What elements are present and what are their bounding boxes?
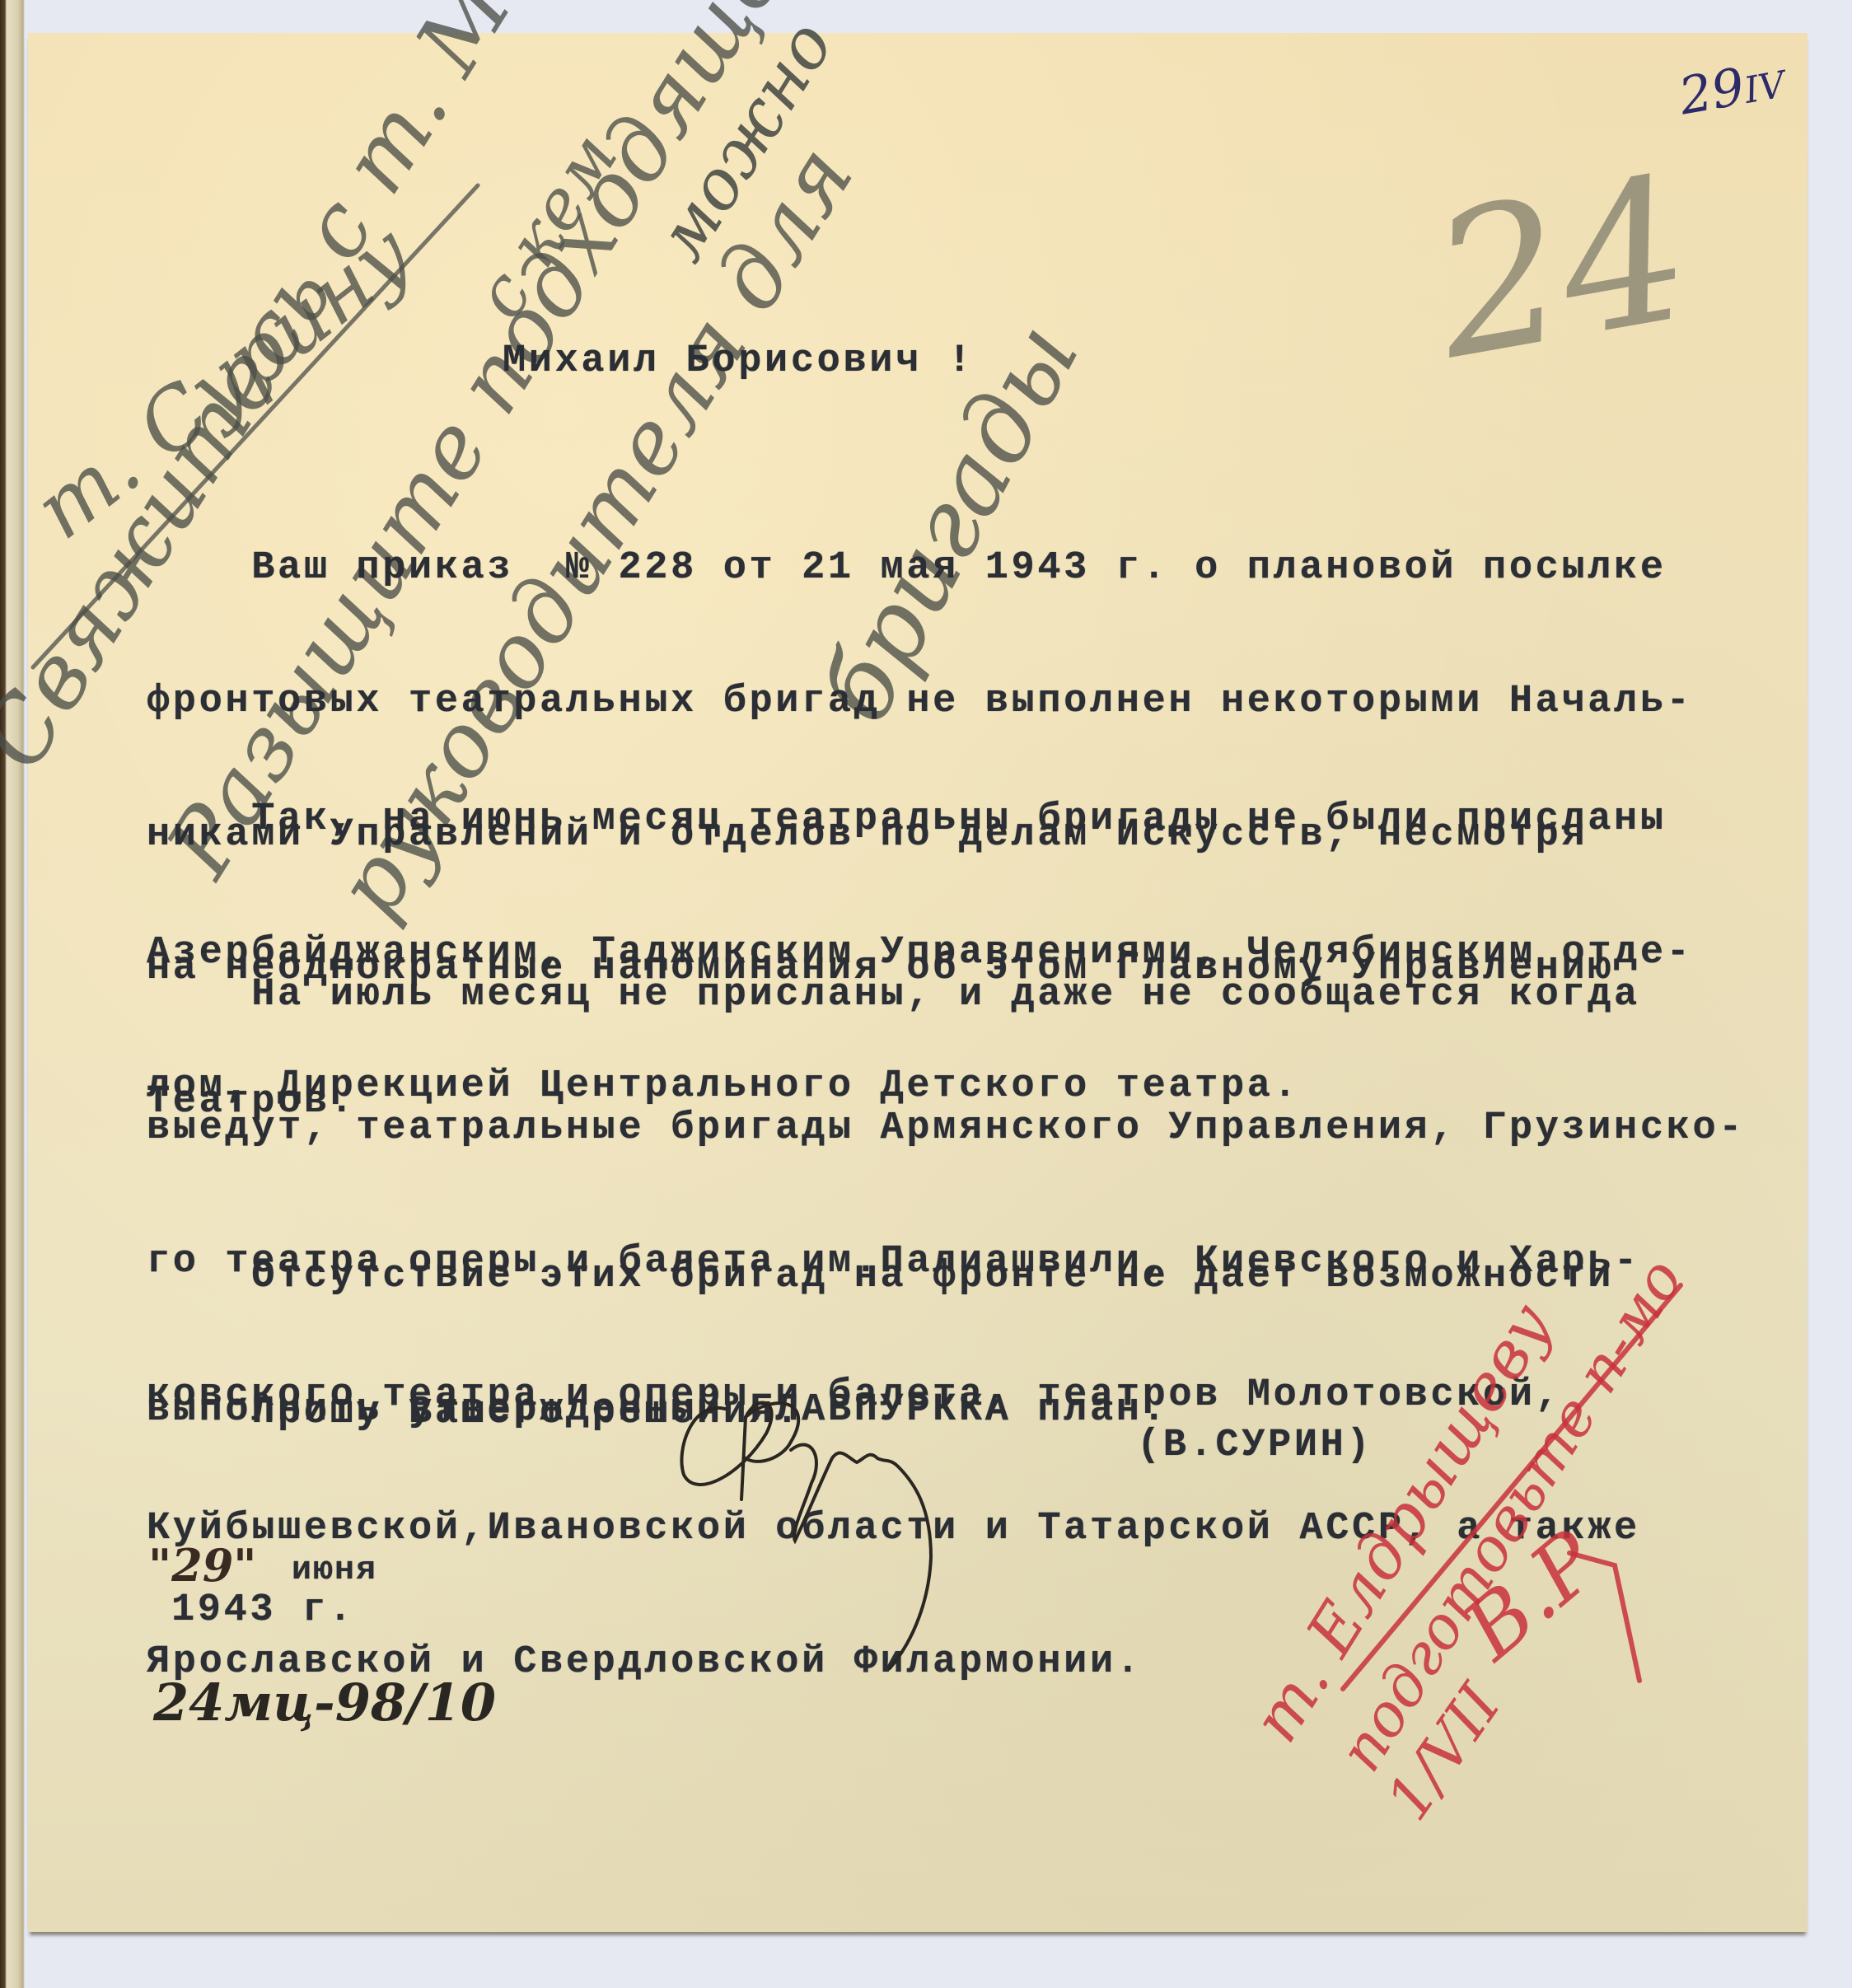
date-day: "29" [148, 1539, 256, 1592]
archive-reference-note: 24мц-98/10 [153, 1672, 496, 1733]
pencil-large-number: 24 [1418, 133, 1705, 404]
folio-number-main: 29 [1675, 56, 1749, 127]
salutation: Михаил Борисович ! [503, 339, 974, 384]
paragraph-4-line: Отсутствие этих бригад на фронте не дает… [147, 1255, 1614, 1299]
binding-edge [0, 0, 25, 1988]
date-year: 1943 г. [171, 1588, 355, 1633]
paragraph-5-request: Прошу Вашего решения. [147, 1302, 802, 1480]
date-month: июня [292, 1549, 377, 1593]
signer-name: (В.СУРИН) [1137, 1424, 1373, 1468]
paragraph-2-line: Так, на июнь месяц театральны бригады не… [147, 798, 1692, 842]
paragraph-5-line: Прошу Вашего решения. [147, 1391, 802, 1435]
paragraph-3-line: выедут, театральные бригады Армянского У… [147, 1106, 1745, 1151]
folio-number-suffix: IV [1741, 63, 1788, 112]
paragraph-3-line: На июль месяц не присланы, и даже не соо… [147, 973, 1745, 1017]
paragraph-1-line: Ваш приказ № 228 от 21 мая 1943 г. о пла… [147, 546, 1692, 591]
